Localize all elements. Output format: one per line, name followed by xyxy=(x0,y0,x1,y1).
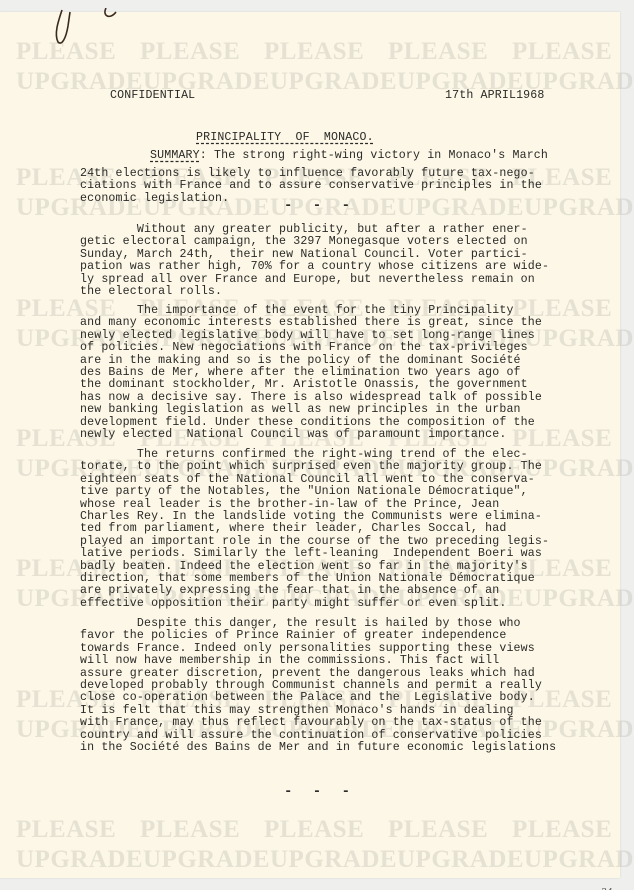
summary-label: SUMMARY xyxy=(150,149,200,162)
paragraph-3: The returns confirmed the right-wing tre… xyxy=(80,449,549,610)
handwritten-mark-icon xyxy=(50,8,120,48)
section-separator: - - - xyxy=(284,198,356,214)
classification-label: CONFIDENTIAL xyxy=(110,90,195,102)
watermark-row: UPGRADEUPGRADEUPGRADEUPGRADEUPGRADE xyxy=(16,846,634,874)
paragraph-1: Without any greater publicity, but after… xyxy=(80,224,549,298)
paragraph-2: The importance of the event for the tiny… xyxy=(80,305,542,441)
paragraph-4: Despite this danger, the result is haile… xyxy=(80,618,556,754)
summary-line: economic legislation. xyxy=(80,193,229,205)
document-date: 17th APRIL1968 xyxy=(445,90,545,102)
end-separator: - - - xyxy=(284,784,356,800)
summary-line: : The strong right-wing victory in Monac… xyxy=(200,149,548,162)
watermark-row: PLEASEPLEASEPLEASEPLEASEPLEASE xyxy=(16,816,634,844)
summary-first-line: SUMMARY: The strong right-wing victory i… xyxy=(150,150,548,162)
document-page: PLEASEPLEASEPLEASEPLEASEPLEASE UPGRADEUP… xyxy=(0,12,620,878)
document-title: PRINCIPALITY OF MONACO. xyxy=(196,132,374,144)
summary-line: ciations with France and to assure conse… xyxy=(80,180,542,192)
